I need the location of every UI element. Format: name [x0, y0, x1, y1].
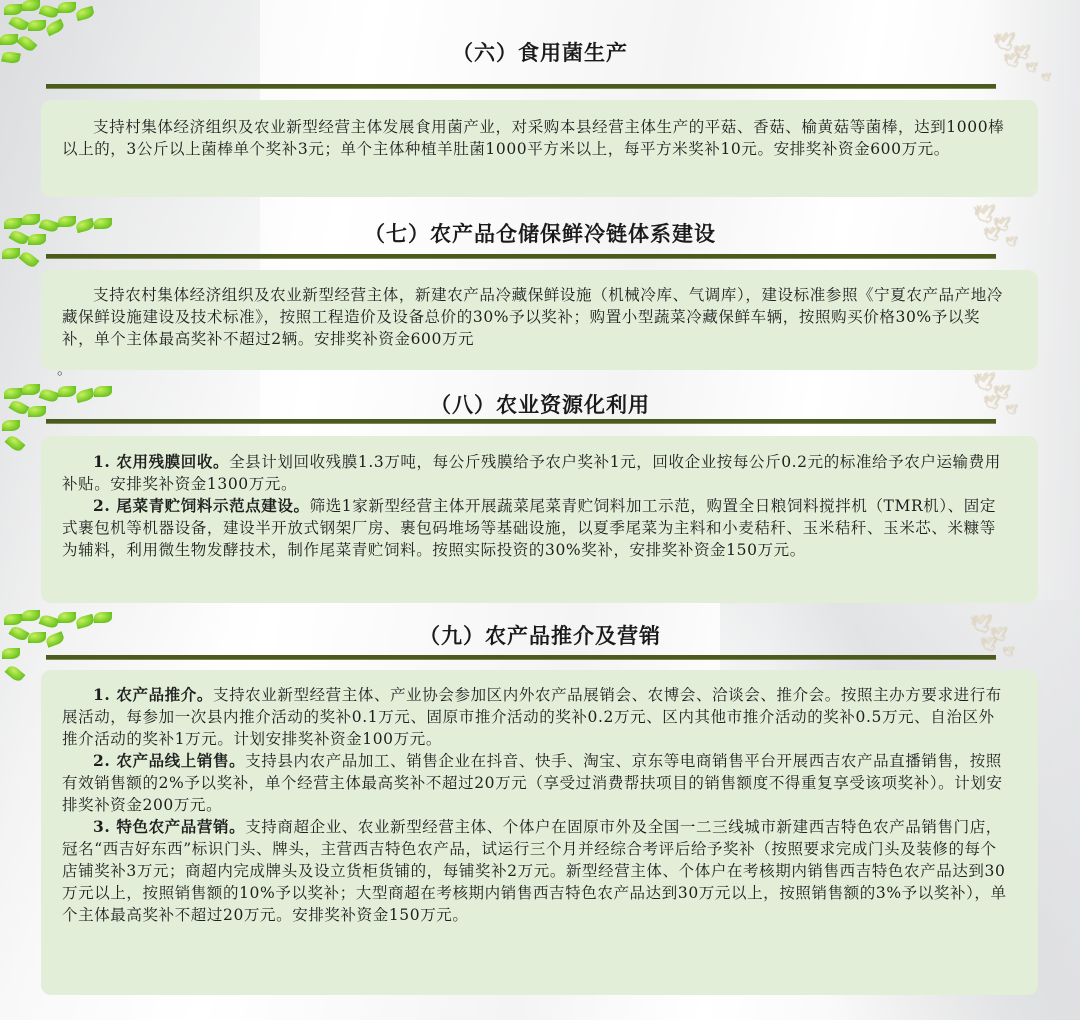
paragraph: 1. 农用残膜回收。全县计划回收残膜1.3万吨，每公斤残膜给予农户奖补1元，回收…: [62, 451, 1008, 495]
section-title: （九）农产品推介及营销: [0, 620, 1080, 650]
title-underline: [46, 419, 996, 424]
title-underline: [46, 254, 996, 259]
paragraph: 1. 农产品推介。支持农业新型经营主体、产业协会参加区内外农产品展销会、农博会、…: [62, 684, 1008, 750]
paragraph: 2. 农产品线上销售。支持县内农产品加工、销售企业在抖音、快手、淘宝、京东等电商…: [62, 750, 1008, 816]
content-box: 支持农村集体经济组织及农业新型经营主体，新建农产品冷藏保鲜设施（机械冷库、气调库…: [41, 270, 1038, 370]
paragraph-lead: 3. 特色农产品营销。: [93, 817, 245, 836]
paragraph-lead: 2. 尾菜青贮饲料示范点建设。: [93, 496, 310, 515]
trailing-period: 。: [57, 358, 72, 379]
paragraph: 2. 尾菜青贮饲料示范点建设。筛选1家新型经营主体开展蔬菜尾菜青贮饲料加工示范，…: [62, 495, 1008, 561]
paragraph-text: 支持村集体经济组织及农业新型经营主体发展食用菌产业，对采购本县经营主体生产的平菇…: [62, 118, 1004, 158]
paragraph: 支持农村集体经济组织及农业新型经营主体，新建农产品冷藏保鲜设施（机械冷库、气调库…: [62, 284, 1008, 350]
paragraph: 支持村集体经济组织及农业新型经营主体发展食用菌产业，对采购本县经营主体生产的平菇…: [62, 116, 1008, 160]
content-box: 1. 农产品推介。支持农业新型经营主体、产业协会参加区内外农产品展销会、农博会、…: [41, 670, 1038, 995]
paragraph-lead: 2. 农产品线上销售。: [93, 751, 245, 770]
paragraph: 3. 特色农产品营销。支持商超企业、农业新型经营主体、个体户在固原市外及全国一二…: [62, 816, 1008, 926]
section-title: （七）农产品仓储保鲜冷链体系建设: [0, 218, 1080, 248]
paragraph-text: 支持农村集体经济组织及农业新型经营主体，新建农产品冷藏保鲜设施（机械冷库、气调库…: [62, 286, 1003, 348]
content-box: 支持村集体经济组织及农业新型经营主体发展食用菌产业，对采购本县经营主体生产的平菇…: [41, 100, 1038, 197]
title-underline: [46, 84, 996, 89]
section-title: （八）农业资源化利用: [0, 389, 1080, 419]
section-title: （六）食用菌生产: [0, 37, 1080, 67]
paragraph-lead: 1. 农用残膜回收。: [93, 452, 229, 471]
content-box: 1. 农用残膜回收。全县计划回收残膜1.3万吨，每公斤残膜给予农户奖补1元，回收…: [41, 436, 1038, 603]
paragraph-lead: 1. 农产品推介。: [93, 685, 213, 704]
title-underline: [46, 655, 996, 660]
